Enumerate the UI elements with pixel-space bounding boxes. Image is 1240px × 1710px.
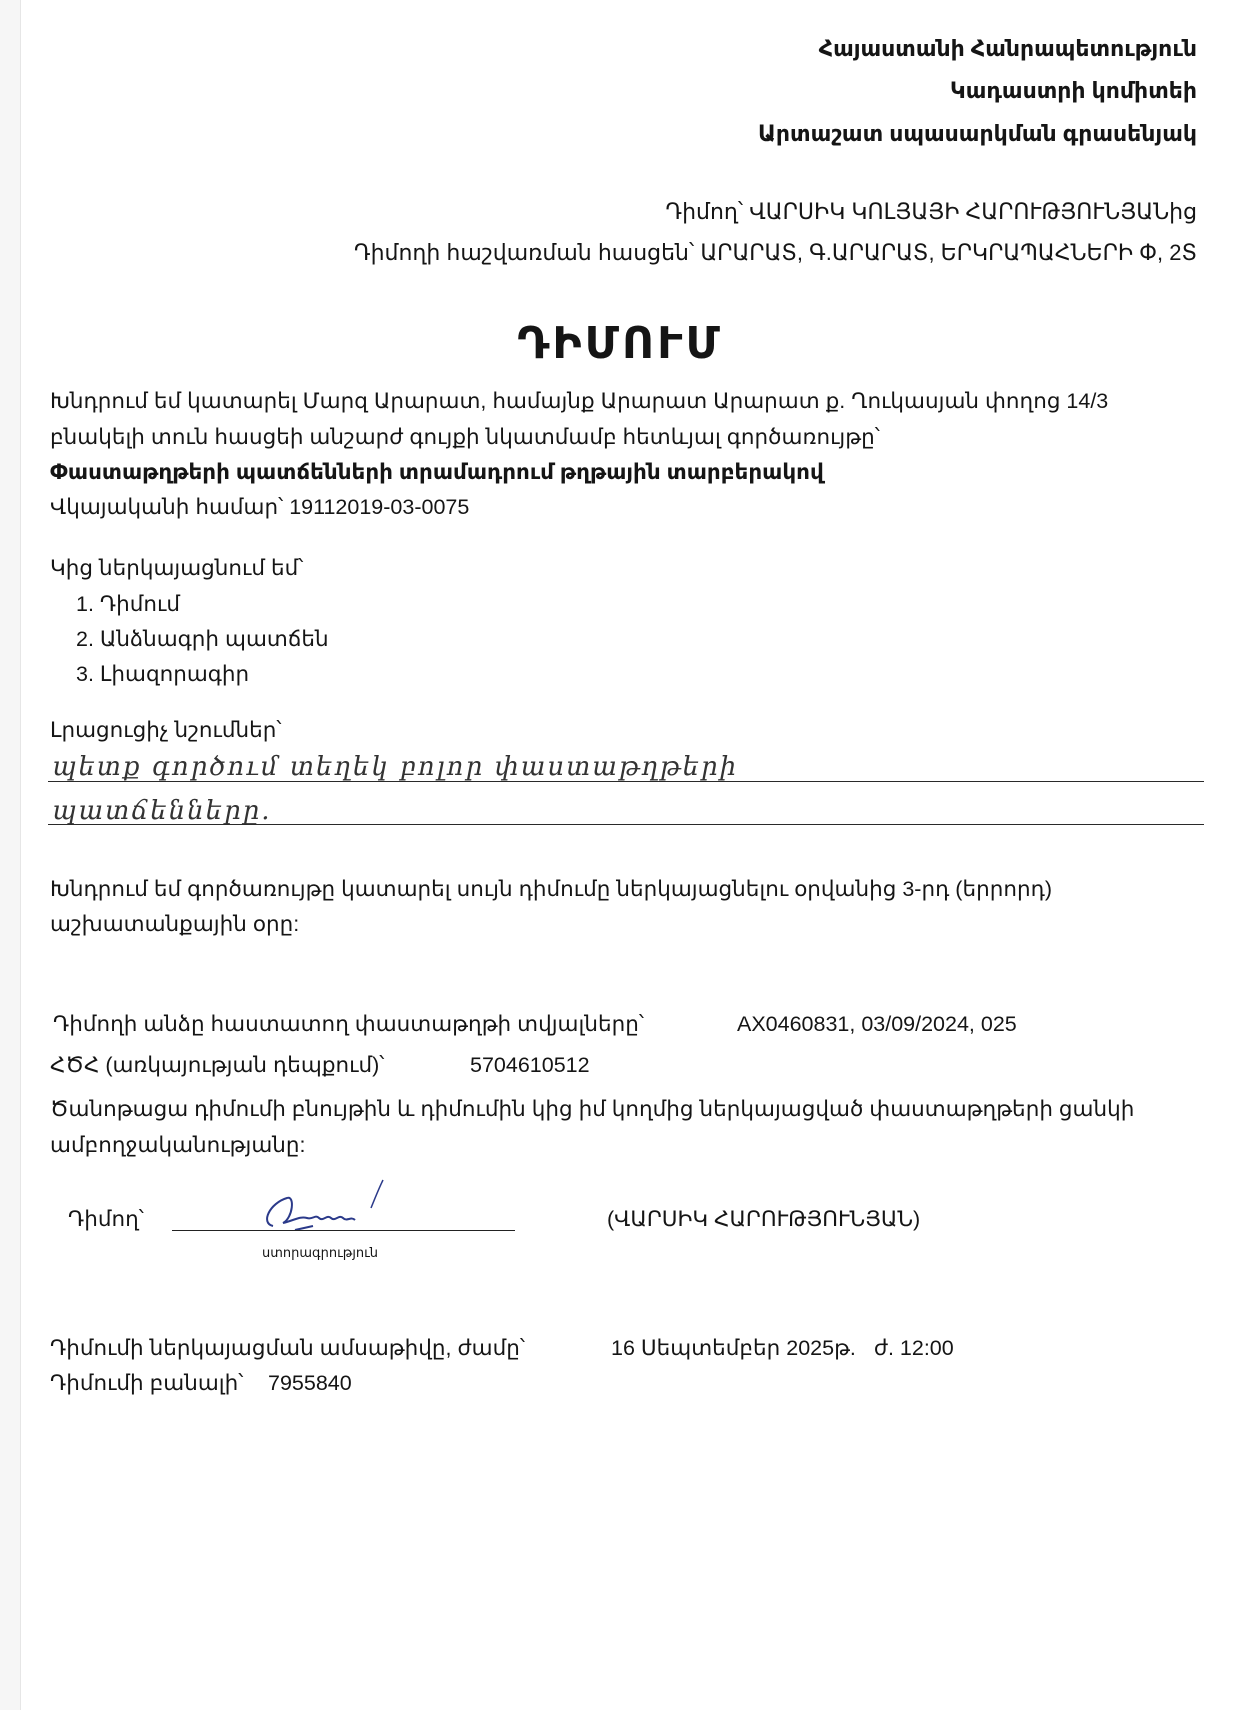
handwritten-note-line-2: պատճենները.	[52, 796, 272, 826]
scan-edge	[0, 0, 21, 1710]
attachment-item: 2. Անձնագրի պատճեն	[76, 627, 329, 652]
ssn-value: 5704610512	[470, 1053, 590, 1078]
attachments-label: Կից ներկայացնում եմ՝	[50, 556, 303, 581]
service-name: Փաստաթղթերի պատճենների տրամադրում թղթայի…	[50, 460, 824, 485]
acknowledgement-line-2: ամբողջականությանը:	[50, 1133, 306, 1158]
id-doc-value: AX0460831, 03/09/2024, 025	[737, 1012, 1017, 1037]
deadline-line-2: աշխատանքային օրը:	[50, 912, 299, 937]
application-key-label: Դիմումի բանալի՝	[50, 1371, 243, 1396]
deadline-line-1: Խնդրում եմ գործառույթը կատարել սույն դիմ…	[50, 877, 1052, 902]
ssn-label: ՀԾՀ (առկայության դեպքում)՝	[50, 1053, 384, 1078]
document-title: ԴԻՄՈՒՄ	[0, 318, 1240, 369]
request-line-1: Խնդրում եմ կատարել Մարզ Արարատ, համայնք …	[50, 389, 1108, 414]
handwritten-note-line-1: պետք գործում տեղեկ բոլոր փաստաթղթերի	[52, 752, 738, 782]
signature-scribble-icon	[255, 1178, 385, 1238]
certificate-number: Վկայականի համար՝ 19112019-03-0075	[50, 495, 469, 520]
applicant-address: Դիմողի հաշվառման հասցեն՝ ԱՐԱՐԱՏ, Գ.ԱՐԱՐԱ…	[354, 240, 1197, 266]
request-line-2: բնակելի տուն հասցեի անշարժ գույքի նկատմա…	[50, 425, 880, 450]
notes-label: Լրացուցիչ նշումներ՝	[50, 718, 281, 743]
application-key-value: 7955840	[268, 1371, 352, 1396]
attachment-item: 1. Դիմում	[76, 592, 180, 617]
signatory-name: (ՎԱՐՍԻԿ ՀԱՐՈՒԹՅՈՒՆՅԱՆ)	[607, 1207, 920, 1232]
signature-caption: ստորագրություն	[262, 1245, 378, 1261]
header-committee: Կադաստրի կոմիտեի	[950, 78, 1197, 104]
acknowledgement-line-1: Ծանոթացա դիմումի բնույթին և դիմումին կից…	[50, 1097, 1134, 1122]
signature-label: Դիմող՝	[68, 1207, 144, 1232]
attachment-item: 3. Լիազորագիր	[76, 662, 249, 687]
id-doc-label: Դիմողի անձը հաստատող փաստաթղթի տվյալները…	[53, 1012, 644, 1037]
submission-date-label: Դիմումի ներկայացման ամսաթիվը, ժամը՝	[50, 1336, 525, 1361]
signature-line	[172, 1230, 515, 1231]
header-office: Արտաշատ սպասարկման գրասենյակ	[758, 121, 1197, 147]
notes-underline-2	[48, 824, 1204, 825]
submission-date-value: 16 Սեպտեմբեր 2025թ. ժ. 12:00	[611, 1336, 954, 1361]
header-republic: Հայաստանի Հանրապետություն	[819, 36, 1197, 62]
notes-underline-1	[48, 781, 1204, 782]
applicant-from: Դիմող՝ ՎԱՐՍԻԿ ԿՈԼՅԱՅԻ ՀԱՐՈՒԹՅՈՒՆՅԱՆից	[666, 199, 1197, 225]
